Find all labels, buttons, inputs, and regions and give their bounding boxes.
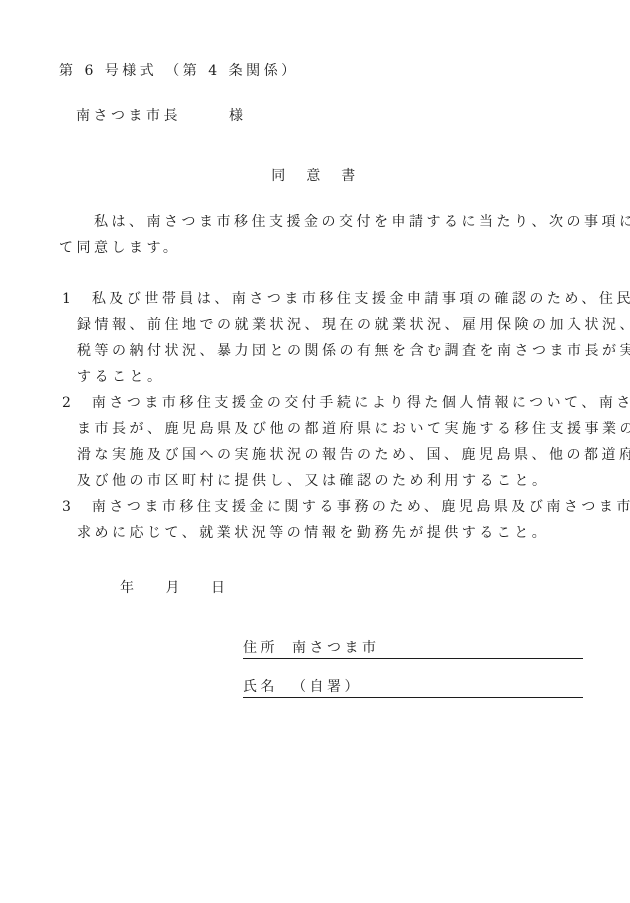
item-line: 滑な実施及び国への実施状況の報告のため、国、鹿児島県、他の都道府県 (77, 442, 630, 468)
intro-line: て同意します。 (59, 235, 630, 261)
addressee-name: 南さつま市長 (76, 103, 181, 129)
intro-line: 私は、南さつま市移住支援金の交付を申請するに当たり、次の事項につい (59, 209, 630, 235)
form-number: 第 6 号様式 （第 4 条関係） (59, 58, 299, 84)
signature-name-row: 氏名 （自署） (243, 677, 583, 698)
consent-item-1: 1 私及び世帯員は、南さつま市移住支援金申請事項の確認のため、住民登 録情報、前… (59, 286, 630, 390)
item-line: 3 南さつま市移住支援金に関する事務のため、鹿児島県及び南さつま市の (62, 494, 630, 520)
item-line: 求めに応じて、就業状況等の情報を勤務先が提供すること。 (77, 520, 630, 546)
consent-item-2: 2 南さつま市移住支援金の交付手続により得た個人情報について、南さつ ま市長が、… (59, 390, 630, 494)
name-value: （自署） (292, 677, 362, 697)
item-line: 及び他の市区町村に提供し、又は確認のため利用すること。 (77, 468, 630, 494)
item-line: 1 私及び世帯員は、南さつま市移住支援金申請事項の確認のため、住民登 (62, 286, 630, 312)
item-line: すること。 (77, 364, 630, 390)
address-label: 住所 (243, 638, 278, 658)
intro-paragraph: 私は、南さつま市移住支援金の交付を申請するに当たり、次の事項につい て同意します… (59, 209, 630, 261)
address-value: 南さつま市 (292, 638, 380, 658)
date-fill-in-line: 年 月 日 (120, 575, 229, 601)
item-line: ま市長が、鹿児島県及び他の都道府県において実施する移住支援事業の円 (77, 416, 630, 442)
signature-address-row: 住所 南さつま市 (243, 638, 583, 659)
day-label: 日 (211, 575, 229, 601)
item-line: 税等の納付状況、暴力団との関係の有無を含む調査を南さつま市長が実施 (77, 338, 630, 364)
addressee-line: 南さつま市長 様 (76, 103, 247, 129)
item-line: 録情報、前住地での就業状況、現在の就業状況、雇用保険の加入状況、市 (77, 312, 630, 338)
addressee-honorific: 様 (229, 103, 247, 129)
name-label: 氏名 (243, 677, 278, 697)
item-line: 2 南さつま市移住支援金の交付手続により得た個人情報について、南さつ (62, 390, 630, 416)
year-label: 年 (120, 575, 138, 601)
month-label: 月 (166, 575, 184, 601)
consent-form-page: 第 6 号様式 （第 4 条関係） 南さつま市長 様 同 意 書 私は、南さつま… (0, 0, 630, 903)
consent-item-3: 3 南さつま市移住支援金に関する事務のため、鹿児島県及び南さつま市の 求めに応じ… (59, 494, 630, 546)
document-title: 同 意 書 (0, 163, 630, 189)
